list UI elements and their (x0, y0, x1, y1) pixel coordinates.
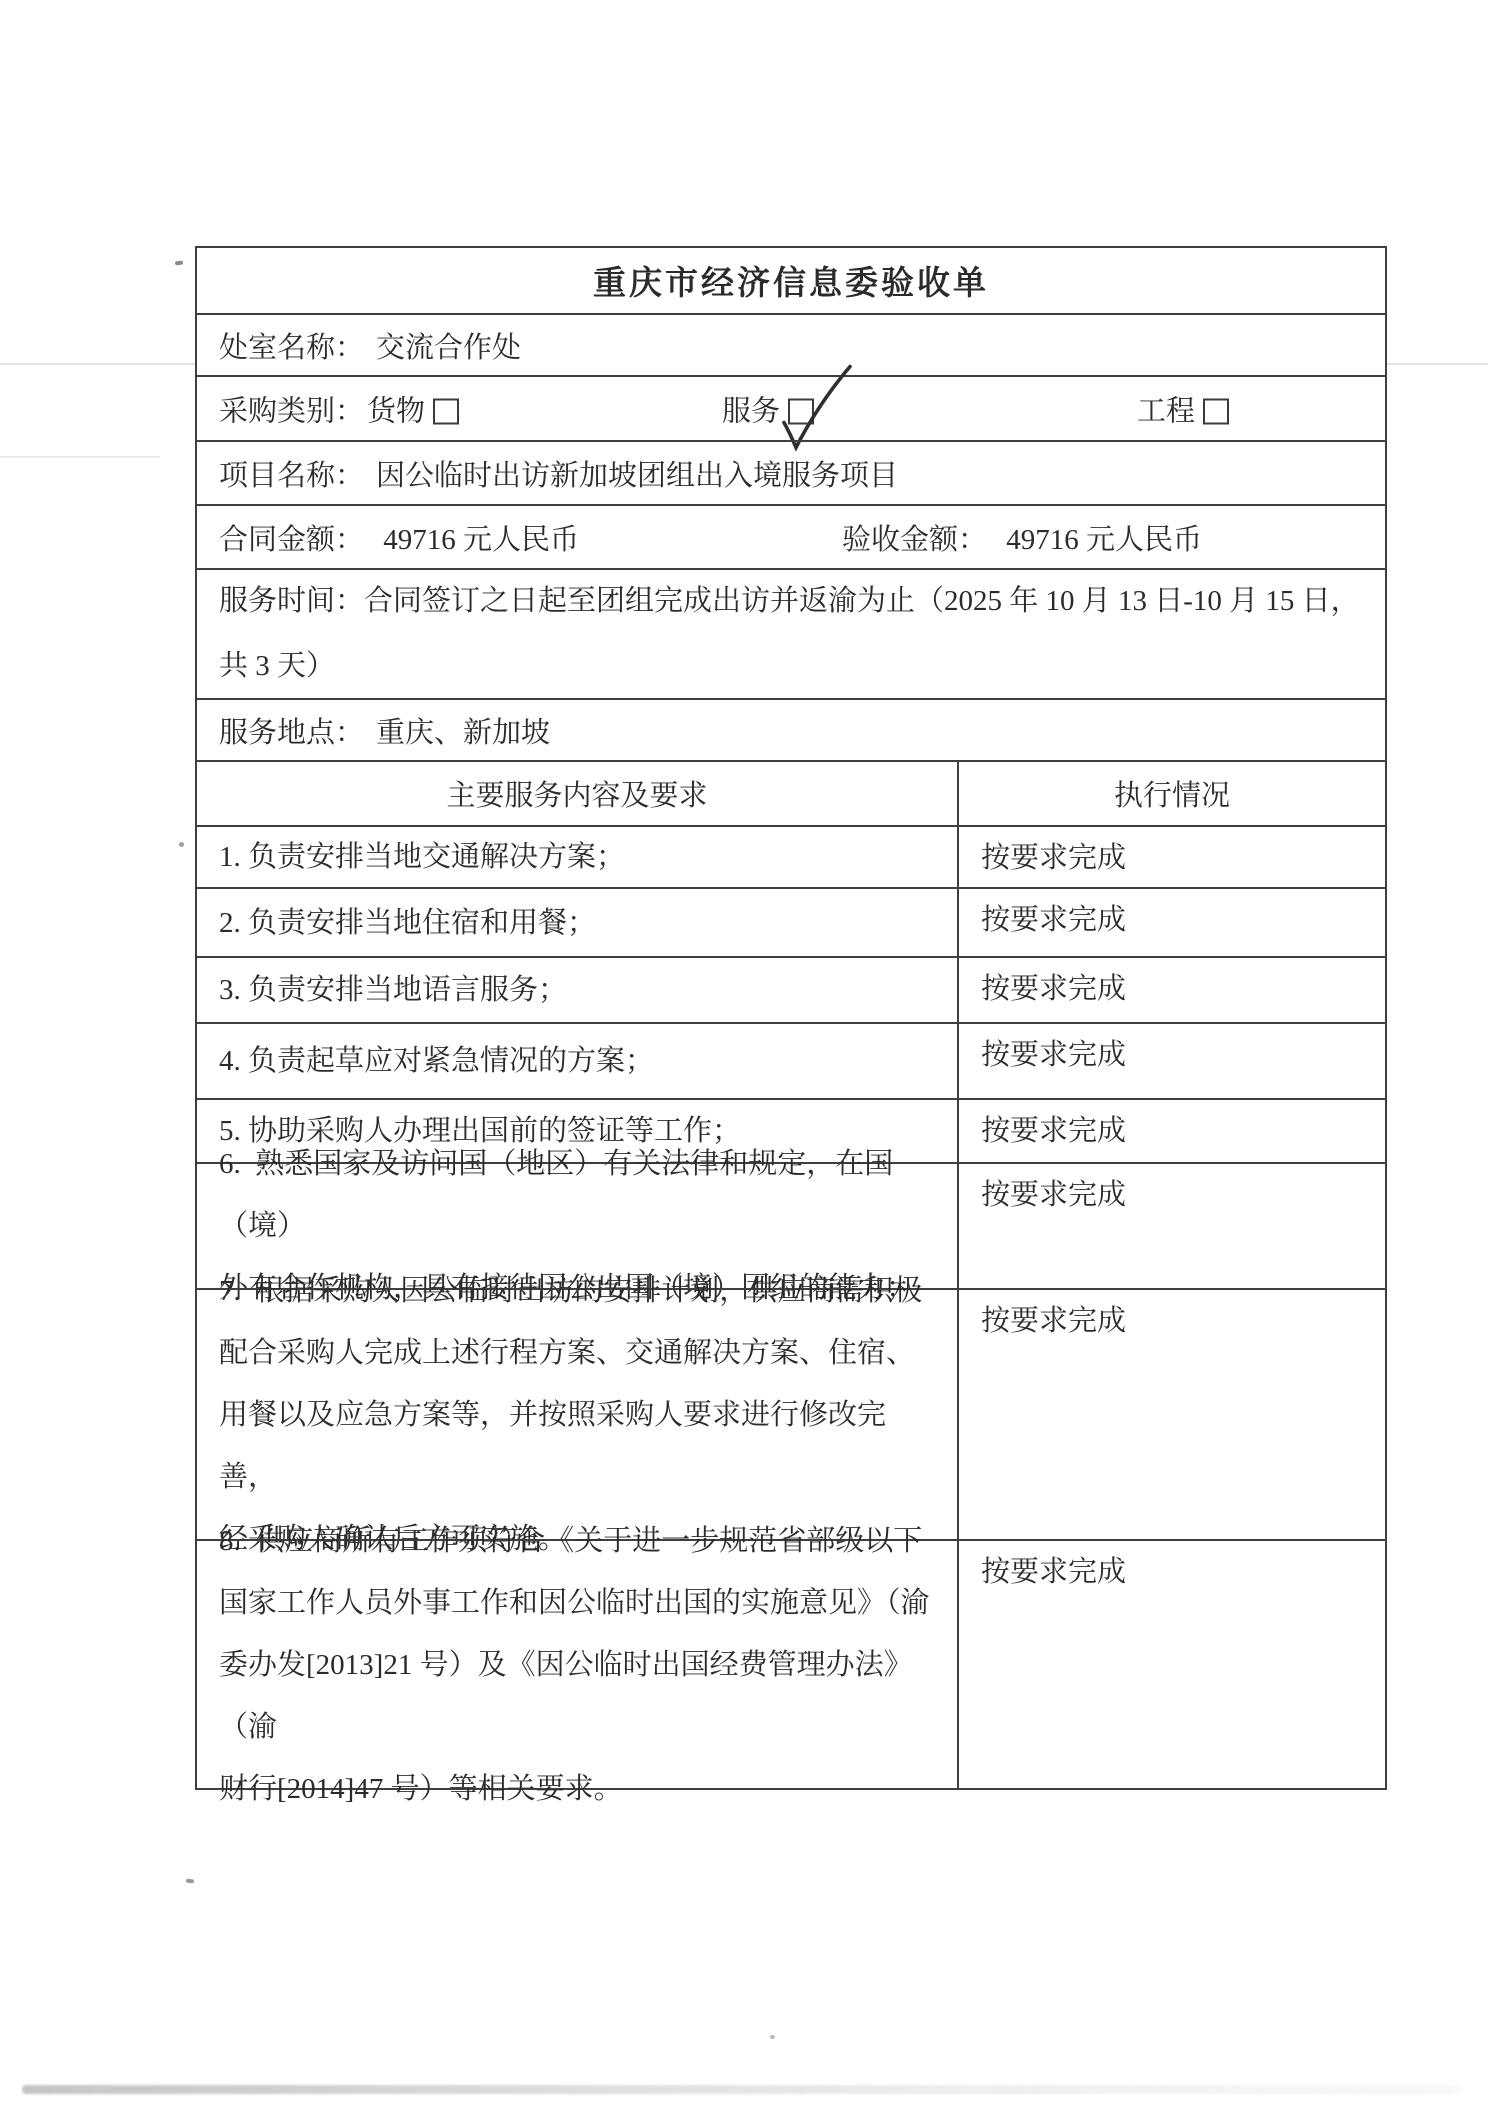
service-content: 3. 负责安排当地语言服务； (197, 958, 959, 1022)
scan-speck (770, 2035, 775, 2039)
acceptance-amount-label: 验收金额： (842, 524, 987, 556)
contract-amount-label: 合同金额： (219, 524, 364, 556)
scan-speck (175, 260, 183, 265)
execution-status: 按要求完成 (959, 827, 1385, 887)
procurement-category-row: 采购类别： 货物 服务 工程 (197, 375, 1385, 440)
department-value: 交流合作处 (376, 325, 521, 366)
service-row: 3. 负责安排当地语言服务； 按要求完成 (197, 956, 1385, 1022)
scan-smudge (22, 2085, 1460, 2094)
scanned-acceptance-form-page: 重庆市经济信息委验收单 处室名称： 交流合作处 采购类别： 货物 服务 工程 (0, 0, 1488, 2106)
category-option-service: 服务 (722, 388, 814, 429)
service-option-label: 服务 (722, 395, 780, 427)
execution-status: 按要求完成 (959, 958, 1385, 1022)
project-name-row: 项目名称： 因公临时出访新加坡团组出入境服务项目 (197, 440, 1385, 504)
service-row: 4. 负责起草应对紧急情况的方案； 按要求完成 (197, 1022, 1385, 1098)
service-row: 2. 负责安排当地住宿和用餐； 按要求完成 (197, 887, 1385, 956)
project-name-label: 项目名称： (219, 453, 364, 494)
service-row: 1. 负责安排当地交通解决方案； 按要求完成 (197, 825, 1385, 887)
goods-option-label: 货物 (367, 395, 425, 427)
department-row: 处室名称： 交流合作处 (197, 313, 1385, 375)
service-table-header-row: 主要服务内容及要求 执行情况 (197, 760, 1385, 825)
execution-status: 按要求完成 (959, 889, 1385, 956)
category-option-goods: 货物 (367, 388, 459, 429)
execution-header-cell: 执行情况 (959, 762, 1385, 825)
execution-status: 按要求完成 (959, 1290, 1385, 1539)
service-location-label: 服务地点： (219, 710, 364, 751)
execution-status: 按要求完成 (959, 1100, 1385, 1162)
service-time-row: 服务时间：合同签订之日起至团组完成出访并返渝为止（2025 年 10 月 13 … (197, 568, 1385, 698)
acceptance-form-table: 重庆市经济信息委验收单 处室名称： 交流合作处 采购类别： 货物 服务 工程 (195, 246, 1387, 1790)
amounts-row: 合同金额： 49716 元人民币 验收金额： 49716 元人民币 (197, 504, 1385, 568)
service-content: 1. 负责安排当地交通解决方案； (197, 827, 959, 887)
service-content: 2. 负责安排当地住宿和用餐； (197, 889, 959, 956)
service-location-row: 服务地点： 重庆、新加坡 (197, 698, 1385, 760)
service-content: 7. 根据采购人因公临时出访的安排计划，供应商需积极 配合采购人完成上述行程方案… (197, 1290, 959, 1539)
contract-amount-value: 49716 元人民币 (383, 524, 579, 556)
scan-speck (186, 1879, 194, 1884)
service-content: 4. 负责起草应对紧急情况的方案； (197, 1024, 959, 1098)
works-checkbox (1203, 398, 1229, 424)
project-name-value: 因公临时出访新加坡团组出入境服务项目 (376, 453, 898, 494)
works-option-label: 工程 (1137, 395, 1195, 427)
department-label: 处室名称： (219, 325, 364, 366)
execution-status: 按要求完成 (959, 1541, 1385, 1788)
acceptance-amount-value: 49716 元人民币 (1006, 524, 1202, 556)
scan-speck (179, 842, 184, 847)
category-label: 采购类别： (219, 388, 364, 429)
execution-status: 按要求完成 (959, 1024, 1385, 1098)
form-title-row: 重庆市经济信息委验收单 (197, 248, 1385, 313)
form-title: 重庆市经济信息委验收单 (593, 257, 989, 304)
execution-status: 按要求完成 (959, 1164, 1385, 1288)
service-time-text: 服务时间：合同签订之日起至团组完成出访并返渝为止（2025 年 10 月 13 … (197, 569, 1380, 699)
goods-checkbox (433, 398, 459, 424)
service-location-value: 重庆、新加坡 (376, 710, 550, 751)
service-content: 8. 供应商所有工作须符合《关于进一步规范省部级以下 国家工作人员外事工作和因公… (197, 1541, 959, 1788)
scan-artifact-line (0, 456, 160, 458)
service-row: 8. 供应商所有工作须符合《关于进一步规范省部级以下 国家工作人员外事工作和因公… (197, 1539, 1385, 1788)
services-header-cell: 主要服务内容及要求 (197, 762, 959, 825)
category-option-works: 工程 (1137, 388, 1229, 429)
contract-amount: 合同金额： 49716 元人民币 (219, 517, 842, 558)
acceptance-amount: 验收金额： 49716 元人民币 (842, 517, 1202, 558)
service-row: 7. 根据采购人因公临时出访的安排计划，供应商需积极 配合采购人完成上述行程方案… (197, 1288, 1385, 1539)
